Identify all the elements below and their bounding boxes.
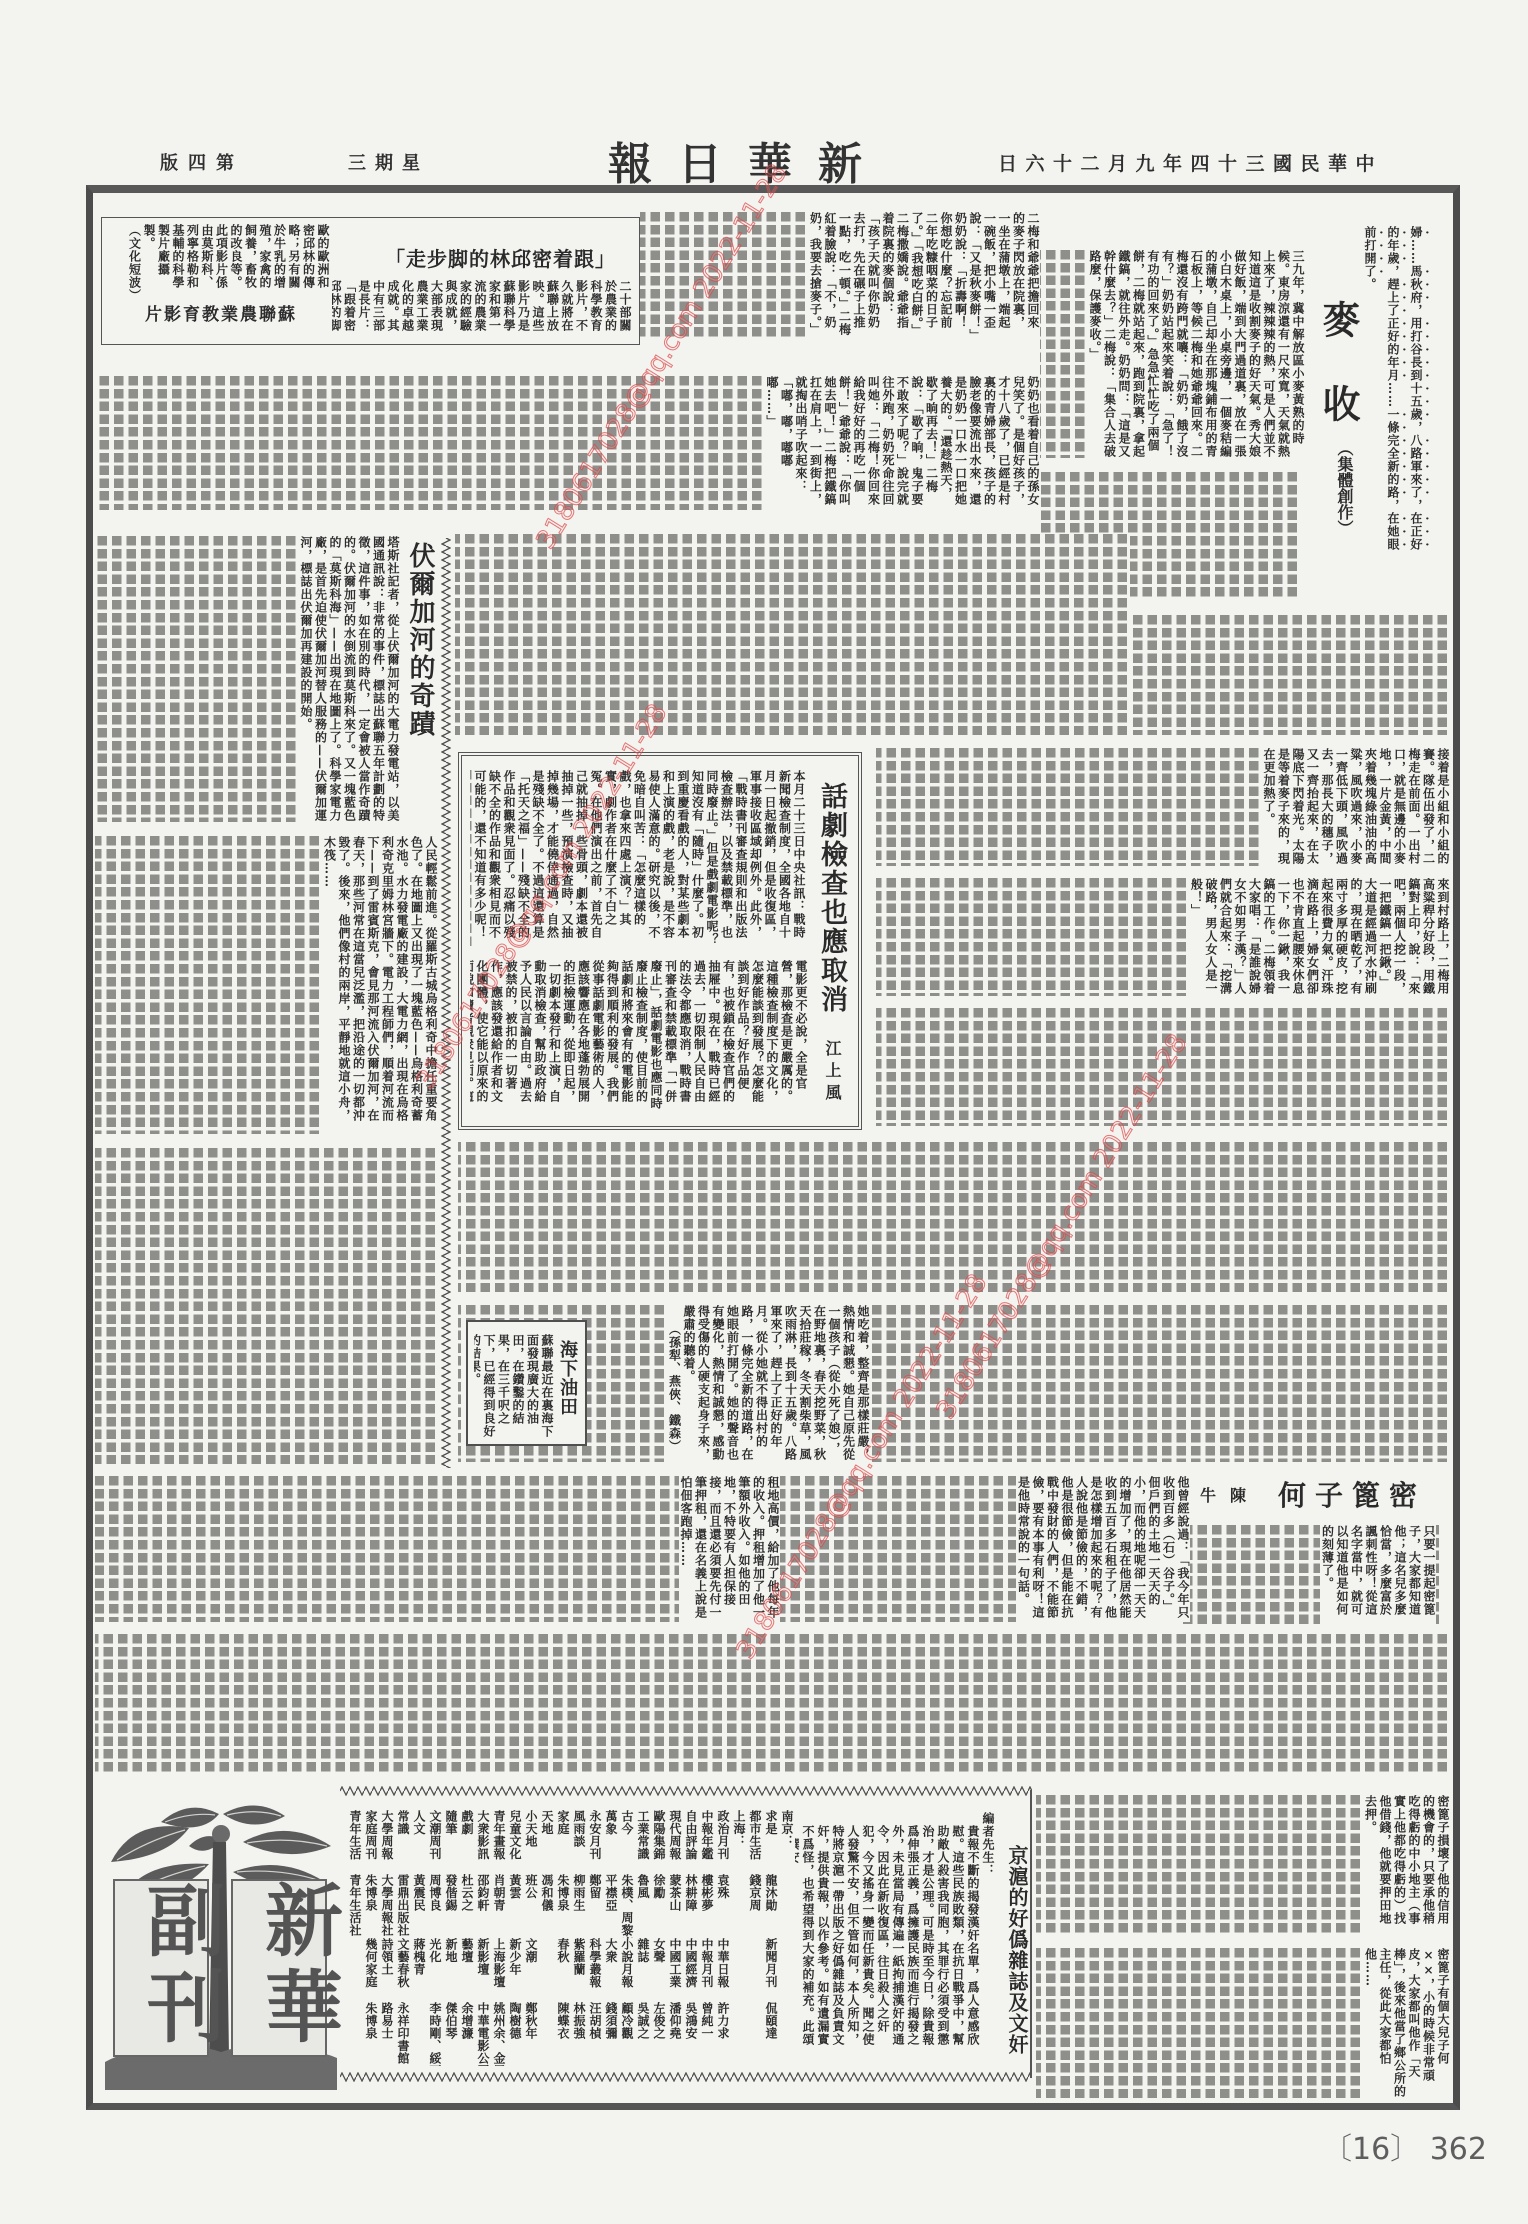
list-column: 萬象平襟亞大衆錢須彌 <box>603 1810 619 2072</box>
magazine-editor: 陶樹德 <box>507 2002 523 2066</box>
magazine-editor: 吳誠之 <box>635 2002 651 2066</box>
magazine-title: 中國經濟 <box>683 1938 699 2002</box>
list-column: 南京： <box>779 1810 795 2072</box>
list-column: 自由評論林耕障中國經濟吳鴻安 <box>683 1810 699 2072</box>
magazine-title: 大學周報 <box>379 1810 395 1874</box>
magazine-editor: 顧冷觀 <box>619 2002 635 2066</box>
magazine-editor: 李時剛、綏石 <box>427 2002 443 2066</box>
oilfield-title: 海下油田 <box>556 1340 578 1416</box>
volga-body-2: 人民輕鬆前進。從羅斯古城烏格利奇中擔任重要角色了。在地圖上又出現了一塊藍色——烏… <box>322 836 438 1134</box>
list-column: 家庭朱博泉春秋陳蝶衣 <box>555 1810 571 2072</box>
city-label: 上海： <box>731 1810 747 1874</box>
volga-title: 伏爾加河的奇蹟 <box>404 542 436 738</box>
magazine-title: 中國工業 <box>667 1938 683 2002</box>
city-label: 南京： <box>779 1810 795 1874</box>
list-column: 求是龍沐勛新聞月刊侃頤達 <box>763 1810 779 2072</box>
maishou-body-ending: 她吃着，整齊是那樣莊嚴，熱情和誠懇。她自己原先從一個孩子（從小死了娘），在野地裏… <box>667 1305 870 1462</box>
list-column: 政治月刊袁殊中華日報許力求 <box>715 1810 731 2072</box>
magazine-editor: 林耕障 <box>683 1874 699 1938</box>
magazine-editor: 朱博泉 <box>363 1874 379 1938</box>
magazine-title: 中報年鑑 <box>699 1810 715 1874</box>
text-columns <box>1130 615 1450 735</box>
magazine-editor: 陳蝶衣 <box>555 2002 571 2066</box>
magazine-editor: 永祥印書館 <box>395 2002 411 2066</box>
list-column: 天地馮和儀 <box>539 1810 555 2072</box>
list-column: 大學周報大學周報社詩領土路易士 <box>379 1810 395 2072</box>
paper-title: 新華日報 <box>608 128 888 192</box>
magazine-title: 小天地 <box>523 1810 539 1874</box>
list-column: 歐陽集錦徐勵女聲左俊之 <box>651 1810 667 2072</box>
list-column: 人文黃震民蔣槐青 <box>411 1810 427 2072</box>
comb-he-text: 密篦子損壞了他的信用的機會的，只要承他稍吃得虧的中小地主（事實上他都吃得虧的）找… <box>1364 1795 1451 1925</box>
magazine-title: 大衆 <box>603 1938 619 2002</box>
magazine-editor: 朱博泉 <box>555 1874 571 1938</box>
newspaper-page-scan: 第四版 星期三 新華日報 中華民國三十四年九月二十六日 「跟着密邱林的脚步走」 … <box>0 0 1528 2224</box>
magazine-title: 蔣槐青 <box>411 1938 427 2002</box>
page-label: 第四版 <box>160 149 244 175</box>
supplement-logo-right-chars: 新華 <box>249 1880 345 2052</box>
michulin-title: 「跟着密邱林的脚步走」 <box>385 243 616 272</box>
magazine-editor: 中華電影公司 <box>475 2002 491 2066</box>
magazine-title: 文藝春秋 <box>395 1938 411 2002</box>
magazine-editor: 袁殊 <box>715 1874 731 1938</box>
magazine-title: 小說月報 <box>619 1938 635 2002</box>
magazine-editor: 朱博泉 <box>363 2002 379 2066</box>
list-column: 青年生活青年生活社 <box>347 1810 363 2072</box>
magazine-title: 大衆影訊 <box>475 1810 491 1874</box>
magazine-title: 求是 <box>763 1810 779 1874</box>
magazine-editor: 汪胡楨 <box>587 2002 603 2066</box>
magazine-title: 常識 <box>395 1810 411 1874</box>
magazine-editor: 龍沐勛 <box>763 1874 779 1938</box>
maishou-epigraph: 婦……馬秋府，用打谷長到十五歲，八路軍來了，在正好的年歲，趕上了正好的年月……一… <box>1361 226 1430 561</box>
michulin-source: （文化短波） <box>127 224 142 296</box>
magazine-title: 自由評論 <box>683 1810 699 1874</box>
magazine-editor: 曾純一 <box>699 2002 715 2066</box>
magazine-title: 歐陽集錦 <box>651 1810 667 1874</box>
letter-salutation: 編者先生： <box>980 1812 995 2057</box>
magazine-title: 文潮 <box>523 1938 539 2002</box>
maishou-body-2: 二梅和爺爺把擔回來的麥子閃放在院裏，一坐在蒲墩上，端起一碗飯，把小嘴一歪說：「又… <box>808 212 1040 340</box>
magazine-editor: 傑伯琴 <box>443 2002 459 2066</box>
maishou-text: 二梅和爺爺把擔回來的麥子閃放在院裏，一坐在蒲墩上，端起一碗飯，把小嘴一歪說：「又… <box>809 212 1041 337</box>
comb-he-body-4: 密篦子損壞了他的信用的機會的，只要承他稍吃得虧的中小地主（事實上他都吃得虧的）找… <box>1363 1795 1450 1935</box>
magazine-title: 文潮周刊 <box>427 1810 443 1874</box>
drama-body-2: 電影更不必說，全是官營，那檢查是更嚴厲的。這種檢查制度下的文化，怎麼能談到發展？… <box>470 960 808 1115</box>
issue-date: 中華民國三十四年九月二十六日 <box>998 149 1383 176</box>
magazine-title: 女聲 <box>651 1938 667 2002</box>
magazine-editor: 朱樸、周黎庵 <box>619 1874 635 1938</box>
comb-he-byline: 陳牛 <box>1200 1483 1260 1506</box>
wavy-divider-vertical <box>441 538 451 1468</box>
magazine-title: 天地 <box>539 1810 555 1874</box>
list-column: 上海： <box>731 1810 747 2072</box>
magazine-editor: 錢京周 <box>747 1874 763 1938</box>
magazine-title: 科學叢報 <box>587 1938 603 2002</box>
magazine-editor: 錢須彌 <box>603 2002 619 2066</box>
magazine-title: 永安月刊 <box>587 1810 603 1874</box>
maishou-body-3: 奶奶也看着自己的孫女兒笑了。是個好孩子，才十八歲了，已經是村裏的青婦部長，孩子的… <box>765 376 1041 510</box>
drama-text: 電影更不必說，全是官營，那檢查是更嚴厲的。這種檢查制度下的文化，怎麼能談到發展？… <box>470 960 808 1110</box>
magazine-title: 中華日報 <box>715 1938 731 2002</box>
list-column: 古今朱樸、周黎庵小說月報顧冷觀 <box>619 1810 635 2072</box>
magazine-editor: 黃震民 <box>411 1874 427 1938</box>
drama-title: 話劇檢查也應取消 <box>815 782 847 1014</box>
magazine-editor: 發偕錫 <box>443 1874 459 1938</box>
list-column: 工業常識魯風雜誌吳誠之 <box>635 1810 651 2072</box>
magazine-title: 青年生活 <box>347 1810 363 1874</box>
magazine-editor: 蒙茶山 <box>667 1874 683 1938</box>
list-column: 青年畫報肖朝青上海影壇姚州余、金風 <box>491 1810 507 2072</box>
magazine-title: 家庭周刊 <box>363 1810 379 1874</box>
magazine-editor: 柳雨生 <box>571 1874 587 1938</box>
michulin-body-text: 二十部關於農業的科學教育影片，不久就將在蘇聯上放映。這些影片乃是蘇聯科學家和第一… <box>332 280 632 332</box>
magazine-title: 萬象 <box>603 1810 619 1874</box>
magazine-editor: 杜云之 <box>459 1874 475 1938</box>
page-number: 〔16〕 362 <box>1322 2124 1487 2168</box>
magazine-editor: 肖朝青 <box>491 1874 507 1938</box>
list-column: 家庭周刊朱博泉幾何家庭朱博泉 <box>363 1810 379 2072</box>
magazine-editor: 班公 <box>523 1874 539 1938</box>
maishou-text: 三九年，冀中解放區小麥黃熟的時候。東房涼還有一尺來寬，天氣就熱上來了，辣辣辣的熱… <box>1088 250 1305 458</box>
wavy-divider-top <box>340 1786 1032 1796</box>
magazine-editor: 鄭留 <box>587 1874 603 1938</box>
maishou-body-1: 三九年，冀中解放區小麥黃熟的時候。東房涼還有一尺來寬，天氣就熱上來了，辣辣辣的熱… <box>1088 250 1306 458</box>
list-column: 中報年鑑樓彬夢中報月刊曾純一 <box>699 1810 715 2072</box>
magazine-editor: 余增濂 <box>459 2002 475 2066</box>
list-column: 小天地班公文潮鄭秋年 <box>523 1810 539 2072</box>
magazine-title: 上海影壇 <box>491 1938 507 2002</box>
maishou-body-4: 接着是小組和小組的賽。隊伍出發了，二梅走在前面。一出村口，就是無邊的小麥地，一片… <box>1262 748 1451 866</box>
puppet-magazine-list: 南京： 求是龍沐勛新聞月刊侃頤達 都市生活錢京周 上海： 政治月刊袁殊中華日報許… <box>347 1810 795 2072</box>
magazine-title: 新影壇 <box>475 1938 491 2002</box>
maishou-epigraph-text: 婦……馬秋府，用打谷長到十五歲，八路軍來了，在正好的年歲，趕上了正好的年月……一… <box>1363 226 1423 551</box>
list-column: 文潮周刊周博良光化李時剛、綏石 <box>427 1810 443 2072</box>
magazine-title: 都市生活 <box>747 1810 763 1874</box>
comb-he-text: 密篦子有個大兒子何××，小的時候非常頑皮，大家都叫他作「天棒」，後來他當了鄉公所… <box>1364 1948 1451 2098</box>
oilfield-text: 蘇聯最近在裏海下面發現廣大的油田，在鑽鑿的結果，在三千呎之下，已經得到良好的結果… <box>474 1334 554 1438</box>
puppet-magazines-letter: 編者先生： 貴報不斷的揭發漢奸名單，爲人意感欣慰。這些民族敗類，在抗日戰爭中，幫… <box>795 1812 995 2057</box>
magazine-title: 藝壇 <box>459 1938 475 2002</box>
maishou-text: 她吃着，整齊是那樣莊嚴，熱情和誠懇。她自己原先從一個孩子（從小死了娘），在野地裏… <box>682 1305 870 1461</box>
maishou-authors: （孫犁、燕俠、鐵森） <box>667 1305 682 1462</box>
list-column: 戲劇杜云之藝壇余增濂 <box>459 1810 475 2072</box>
magazine-title: 詩領土 <box>379 1938 395 2002</box>
magazine-title: 光化 <box>427 1938 443 2002</box>
magazine-editor: 許力求 <box>715 2002 731 2066</box>
comb-he-body-2: 他曾經說過：「我今年只收到百多（石）谷子。」佃戶們的土地一天天的小，而他的地呢卻… <box>1016 1476 1190 1622</box>
list-column: 風雨談柳雨生紫羅蘭林振強 <box>571 1810 587 2072</box>
text-columns <box>95 1634 1450 1774</box>
maishou-text: 來到村路上，二梅用高粱稈分好段，用鐵鎬對上印，說：「來吧，兩個人挖一段，一把鐵鎬… <box>1190 878 1451 995</box>
magazine-title: 兒童文化 <box>507 1810 523 1874</box>
magazine-editor: 魯風 <box>635 1874 651 1938</box>
magazine-title: 風雨談 <box>571 1810 587 1874</box>
michulin-subtitle: 蘇聯農業教育影片 <box>145 300 297 325</box>
text-columns <box>455 534 1130 735</box>
magazine-title: 幾何家庭 <box>363 1938 379 2002</box>
maishou-text: 接着是小組和小組的賽。隊伍出發了，二梅走在前面。一出村口，就是無邊的小麥地，一片… <box>1262 748 1450 865</box>
drama-byline: 江上風 <box>822 1040 842 1106</box>
magazine-title: 家庭 <box>555 1810 571 1874</box>
magazine-title: 工業常識 <box>635 1810 651 1874</box>
magazine-title: 紫羅蘭 <box>571 1938 587 2002</box>
comb-he-title: 密篦子何 <box>1278 1474 1426 1514</box>
magazine-editor: 樓彬夢 <box>699 1874 715 1938</box>
magazine-title: 戲劇 <box>459 1810 475 1874</box>
magazine-editor: 侃頤達 <box>763 2002 779 2066</box>
michulin-body-left: 歐的歐洲和密邱林的傳略；另有關於牛乳的增殖，家禽的飼養，畜牧的改良等。此項影片係… <box>127 224 330 296</box>
magazine-editor: 平襟亞 <box>603 1874 619 1938</box>
magazine-title: 青年畫報 <box>491 1810 507 1874</box>
magazine-title: 現代周報 <box>667 1810 683 1874</box>
magazine-editor: 姚州余、金風 <box>491 2002 507 2066</box>
maishou-text: 奶奶也看着自己的孫女兒笑了。是個好孩子，才十八歲了，已經是村裏的青婦部長，孩子的… <box>765 376 1040 506</box>
magazine-editor: 鄭秋年 <box>523 2002 539 2066</box>
list-column: 大衆影訊邵鈞軒新影壇中華電影公司 <box>475 1810 491 2072</box>
list-column: 永安月刊鄭留科學叢報汪胡楨 <box>587 1810 603 2072</box>
magazine-editor: 雷鼎出版社 <box>395 1874 411 1938</box>
comb-he-text: 他曾經說過：「我今年只收到百多（石）谷子。」佃戶們的土地一天天的小，而他的地呢卻… <box>1017 1476 1191 1619</box>
text-columns <box>95 1148 438 1464</box>
magazine-editor: 林振強 <box>571 2002 587 2066</box>
box-rule-right <box>1030 1790 1032 2078</box>
magazine-title: 春秋 <box>555 1938 571 2002</box>
michulin-body-text: 歐的歐洲和密邱林的傳略；另有關於牛乳的增殖，家禽的飼養，畜牧的改良等。此項影片係… <box>142 224 330 289</box>
maishou-subtitle: （集體創作） <box>1334 440 1354 536</box>
maishou-body-5: 來到村路上，二梅用高粱稈分好段，用鐵鎬對上印，說：「來吧，兩個人挖一段，一把鐵鎬… <box>1189 878 1450 996</box>
michulin-body-right: 二十部關於農業的科學教育影片，不久就將在蘇聯上放映。這些影片乃是蘇聯科學家和第一… <box>332 280 632 342</box>
letter-body: 貴報不斷的揭發漢奸名單，爲人意感欣慰。這些民族敗類，在抗日戰爭中，幫助敵人殺害我… <box>800 1812 980 2057</box>
puppet-magazines-title: 京滬的好僞雜誌及文奸 <box>1005 1845 1029 2055</box>
magazine-editor: 潘仰堯 <box>667 2002 683 2066</box>
magazine-editor: 路易士 <box>379 2002 395 2066</box>
magazine-editor: 徐勵 <box>651 1874 667 1938</box>
magazine-editor: 青年生活社 <box>347 1874 363 1938</box>
supplement-logo-left-chars: 副刊 <box>131 1880 227 2052</box>
weekday: 星期三 <box>348 149 429 175</box>
list-column: 常識雷鼎出版社文藝春秋永祥印書館 <box>395 1810 411 2072</box>
magazine-title: 古今 <box>619 1810 635 1874</box>
magazine-editor: 吳鴻安 <box>683 2002 699 2066</box>
wavy-divider-bottom <box>340 2072 1032 2082</box>
magazine-title: 政治月刊 <box>715 1810 731 1874</box>
magazine-editor: 黃雲 <box>507 1874 523 1938</box>
list-column: 隨筆發偕錫新地傑伯琴 <box>443 1810 459 2072</box>
volga-body-1: 塔斯社記者，從上伏爾加河的大電力發電站，以美國通訊說：非常的事件，標誌出蘇聯五年… <box>299 536 401 822</box>
magazine-editor: 左俊之 <box>651 2002 667 2066</box>
magazine-title: 中報月刊 <box>699 1938 715 2002</box>
comb-he-body-5: 密篦子有個大兒子何××，小的時候非常頑皮，大家都叫他作「天棒」，後來他當了鄉公所… <box>1363 1948 1450 2098</box>
magazine-title: 新聞月刊 <box>763 1938 779 2002</box>
magazine-title: 新地 <box>443 1938 459 2002</box>
oilfield-body: 蘇聯最近在裏海下面發現廣大的油田，在鑽鑿的結果，在三千呎之下，已經得到良好的結果… <box>474 1334 554 1438</box>
comb-he-text: 只要一提起密篦子，大家都知道他；這名兒多麼恰當，多麼富於諷刺性呀！從這名字當中，… <box>1321 1525 1437 1616</box>
list-column: 都市生活錢京周 <box>747 1810 763 2072</box>
magazine-title: 新少年 <box>507 1938 523 2002</box>
magazine-editor: 馮和儀 <box>539 1874 555 1938</box>
magazine-title: 雜誌 <box>635 1938 651 2002</box>
list-column: 兒童文化黃雲新少年陶樹德 <box>507 1810 523 2072</box>
magazine-editor: 大學周報社 <box>379 1874 395 1938</box>
list-column: 現代周報蒙茶山中國工業潘仰堯 <box>667 1810 683 2072</box>
comb-he-body-1: 只要一提起密篦子，大家都知道他；這名兒多麼恰當，多麼富於諷刺性呀！從這名字當中，… <box>1320 1525 1436 1625</box>
magazine-editor: 邵鈞軒 <box>475 1874 491 1938</box>
text-columns <box>458 1142 1450 1292</box>
magazine-title: 隨筆 <box>443 1810 459 1874</box>
volga-text: 塔斯社記者，從上伏爾加河的大電力發電站，以美國通訊說：非常的事件，標誌出蘇聯五年… <box>299 536 400 822</box>
magazine-title: 人文 <box>411 1810 427 1874</box>
magazine-editor: 周博良 <box>427 1874 443 1938</box>
